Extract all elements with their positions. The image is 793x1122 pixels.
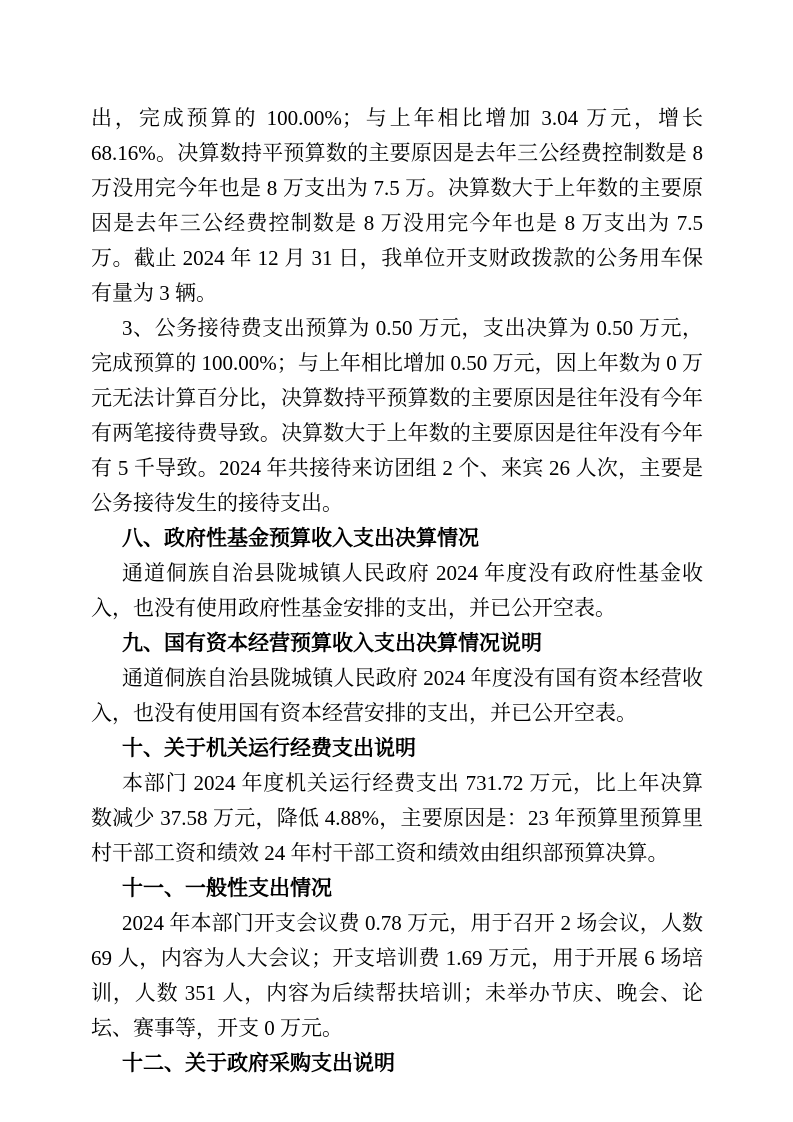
heading-section-8-government-funds-budget: 八、政府性基金预算收入支出决算情况 (91, 521, 703, 556)
paragraph-official-reception-expense: 3、公务接待费支出预算为 0.50 万元，支出决算为 0.50 万元，完成预算的… (91, 311, 703, 521)
heading-section-12-government-procurement: 十二、关于政府采购支出说明 (91, 1046, 703, 1081)
document-page: 出，完成预算的 100.00%；与上年相比增加 3.04 万元，增长 68.16… (0, 0, 793, 1122)
heading-section-11-general-expenditure: 十一、一般性支出情况 (91, 871, 703, 906)
paragraph-government-funds-statement: 通道侗族自治县陇城镇人民政府 2024 年度没有政府性基金收入，也没有使用政府性… (91, 556, 703, 626)
paragraph-state-capital-statement: 通道侗族自治县陇城镇人民政府 2024 年度没有国有资本经营收入，也没有使用国有… (91, 661, 703, 731)
heading-section-10-agency-operating-expense: 十、关于机关运行经费支出说明 (91, 731, 703, 766)
heading-section-9-state-capital-operation: 九、国有资本经营预算收入支出决算情况说明 (91, 626, 703, 661)
paragraph-vehicle-expense-continuation: 出，完成预算的 100.00%；与上年相比增加 3.04 万元，增长 68.16… (91, 101, 703, 311)
paragraph-agency-operating-expense: 本部门 2024 年度机关运行经费支出 731.72 万元，比上年决算数减少 3… (91, 766, 703, 871)
paragraph-general-expenditure: 2024 年本部门开支会议费 0.78 万元，用于召开 2 场会议，人数 69 … (91, 906, 703, 1046)
